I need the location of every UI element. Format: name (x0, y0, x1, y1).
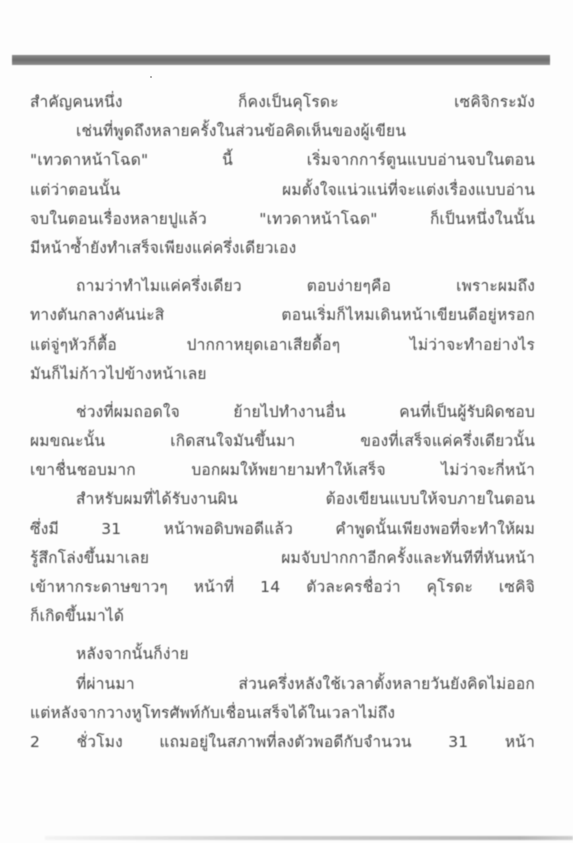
header-rule (12, 55, 550, 65)
text-line: แต่หลังจากวางหูโทรศัพท์กับเชื่อนเสร็จได้… (30, 699, 535, 728)
text-line: ช่วงที่ผมถอดใจ ย้ายไปทำงานอื่น คนที่เป็น… (30, 398, 535, 427)
text-line: ถามว่าทำไมแค่ครึ่งเดียว ตอบง่ายๆคือ เพรา… (30, 272, 535, 301)
text-line: ซึ่งมี 31 หน้าพอดิบพอดีแล้ว คำพูดนั้นเพี… (30, 515, 535, 544)
text-line: 2 ชั่วโมง แถมอยู่ในสภาพที่ลงตัวพอดีกับจำ… (30, 728, 535, 757)
text-line: ที่ผ่านมา ส่วนครึ่งหลังใช้เวลาตั้งหลายวั… (30, 670, 535, 699)
text-line: ทางตันกลางคันน่ะสิ ตอนเริ่มก็ไหมเดินหน้า… (30, 301, 535, 330)
text-line: แต่ว่าตอนนั้น ผมตั้งใจแน่วแน่ที่จะแต่งเร… (30, 176, 535, 205)
text-line: แต่จู่ๆหัวก็ตื้อ ปากกาหยุดเอาเสียดื้อๆ ไ… (30, 331, 535, 360)
body-text: สำคัญคนหนึ่ง ก็คงเป็นคุโรดะ เซคิจิกระมัง… (30, 88, 535, 757)
text-line: รู้สึกโล่งขึ้นมาเลย ผมจับปากกาอีกครั้งแล… (30, 544, 535, 573)
text-line: "เทวดาหน้าโฉด" นี้ เริ่มจากการ์ตูนแบบอ่า… (30, 146, 535, 175)
footer-rule (45, 836, 573, 840)
text-line: เข้าหากระดาษขาวๆ หน้าที่ 14 ตัวละครชื่อว… (30, 573, 535, 602)
scanned-book-page: สำคัญคนหนึ่ง ก็คงเป็นคุโรดะ เซคิจิกระมัง… (0, 0, 573, 843)
text-line: เช่นที่พูดถึงหลายครั้งในส่วนข้อคิดเห็นขอ… (30, 117, 535, 146)
text-line: หลังจากนั้นก็ง่าย (30, 640, 535, 669)
text-line: สำคัญคนหนึ่ง ก็คงเป็นคุโรดะ เซคิจิกระมัง (30, 88, 535, 117)
text-line: สำหรับผมที่ได้รับงานผิน ต้องเขียนแบบให้จ… (30, 485, 535, 514)
text-line: ผมขณะนั้น เกิดสนใจมันขึ้นมา ของที่เสร็จแ… (30, 427, 535, 456)
scan-speck (150, 76, 152, 78)
text-line: เขาชื่นชอบมาก บอกผมให้พยายามทำให้เสร็จ ไ… (30, 456, 535, 485)
text-line: จบในตอนเรื่องหลายปูแล้ว "เทวดาหน้าโฉด" ก… (30, 205, 535, 234)
text-line: ก็เกิดขึ้นมาได้ (30, 602, 535, 631)
text-line: มีหน้าซ้ำยังทำเสร็จเพียงแค่ครึ่งเดียวเอง (30, 234, 535, 263)
text-line: มันก็ไม่ก้าวไปข้างหน้าเลย (30, 360, 535, 389)
